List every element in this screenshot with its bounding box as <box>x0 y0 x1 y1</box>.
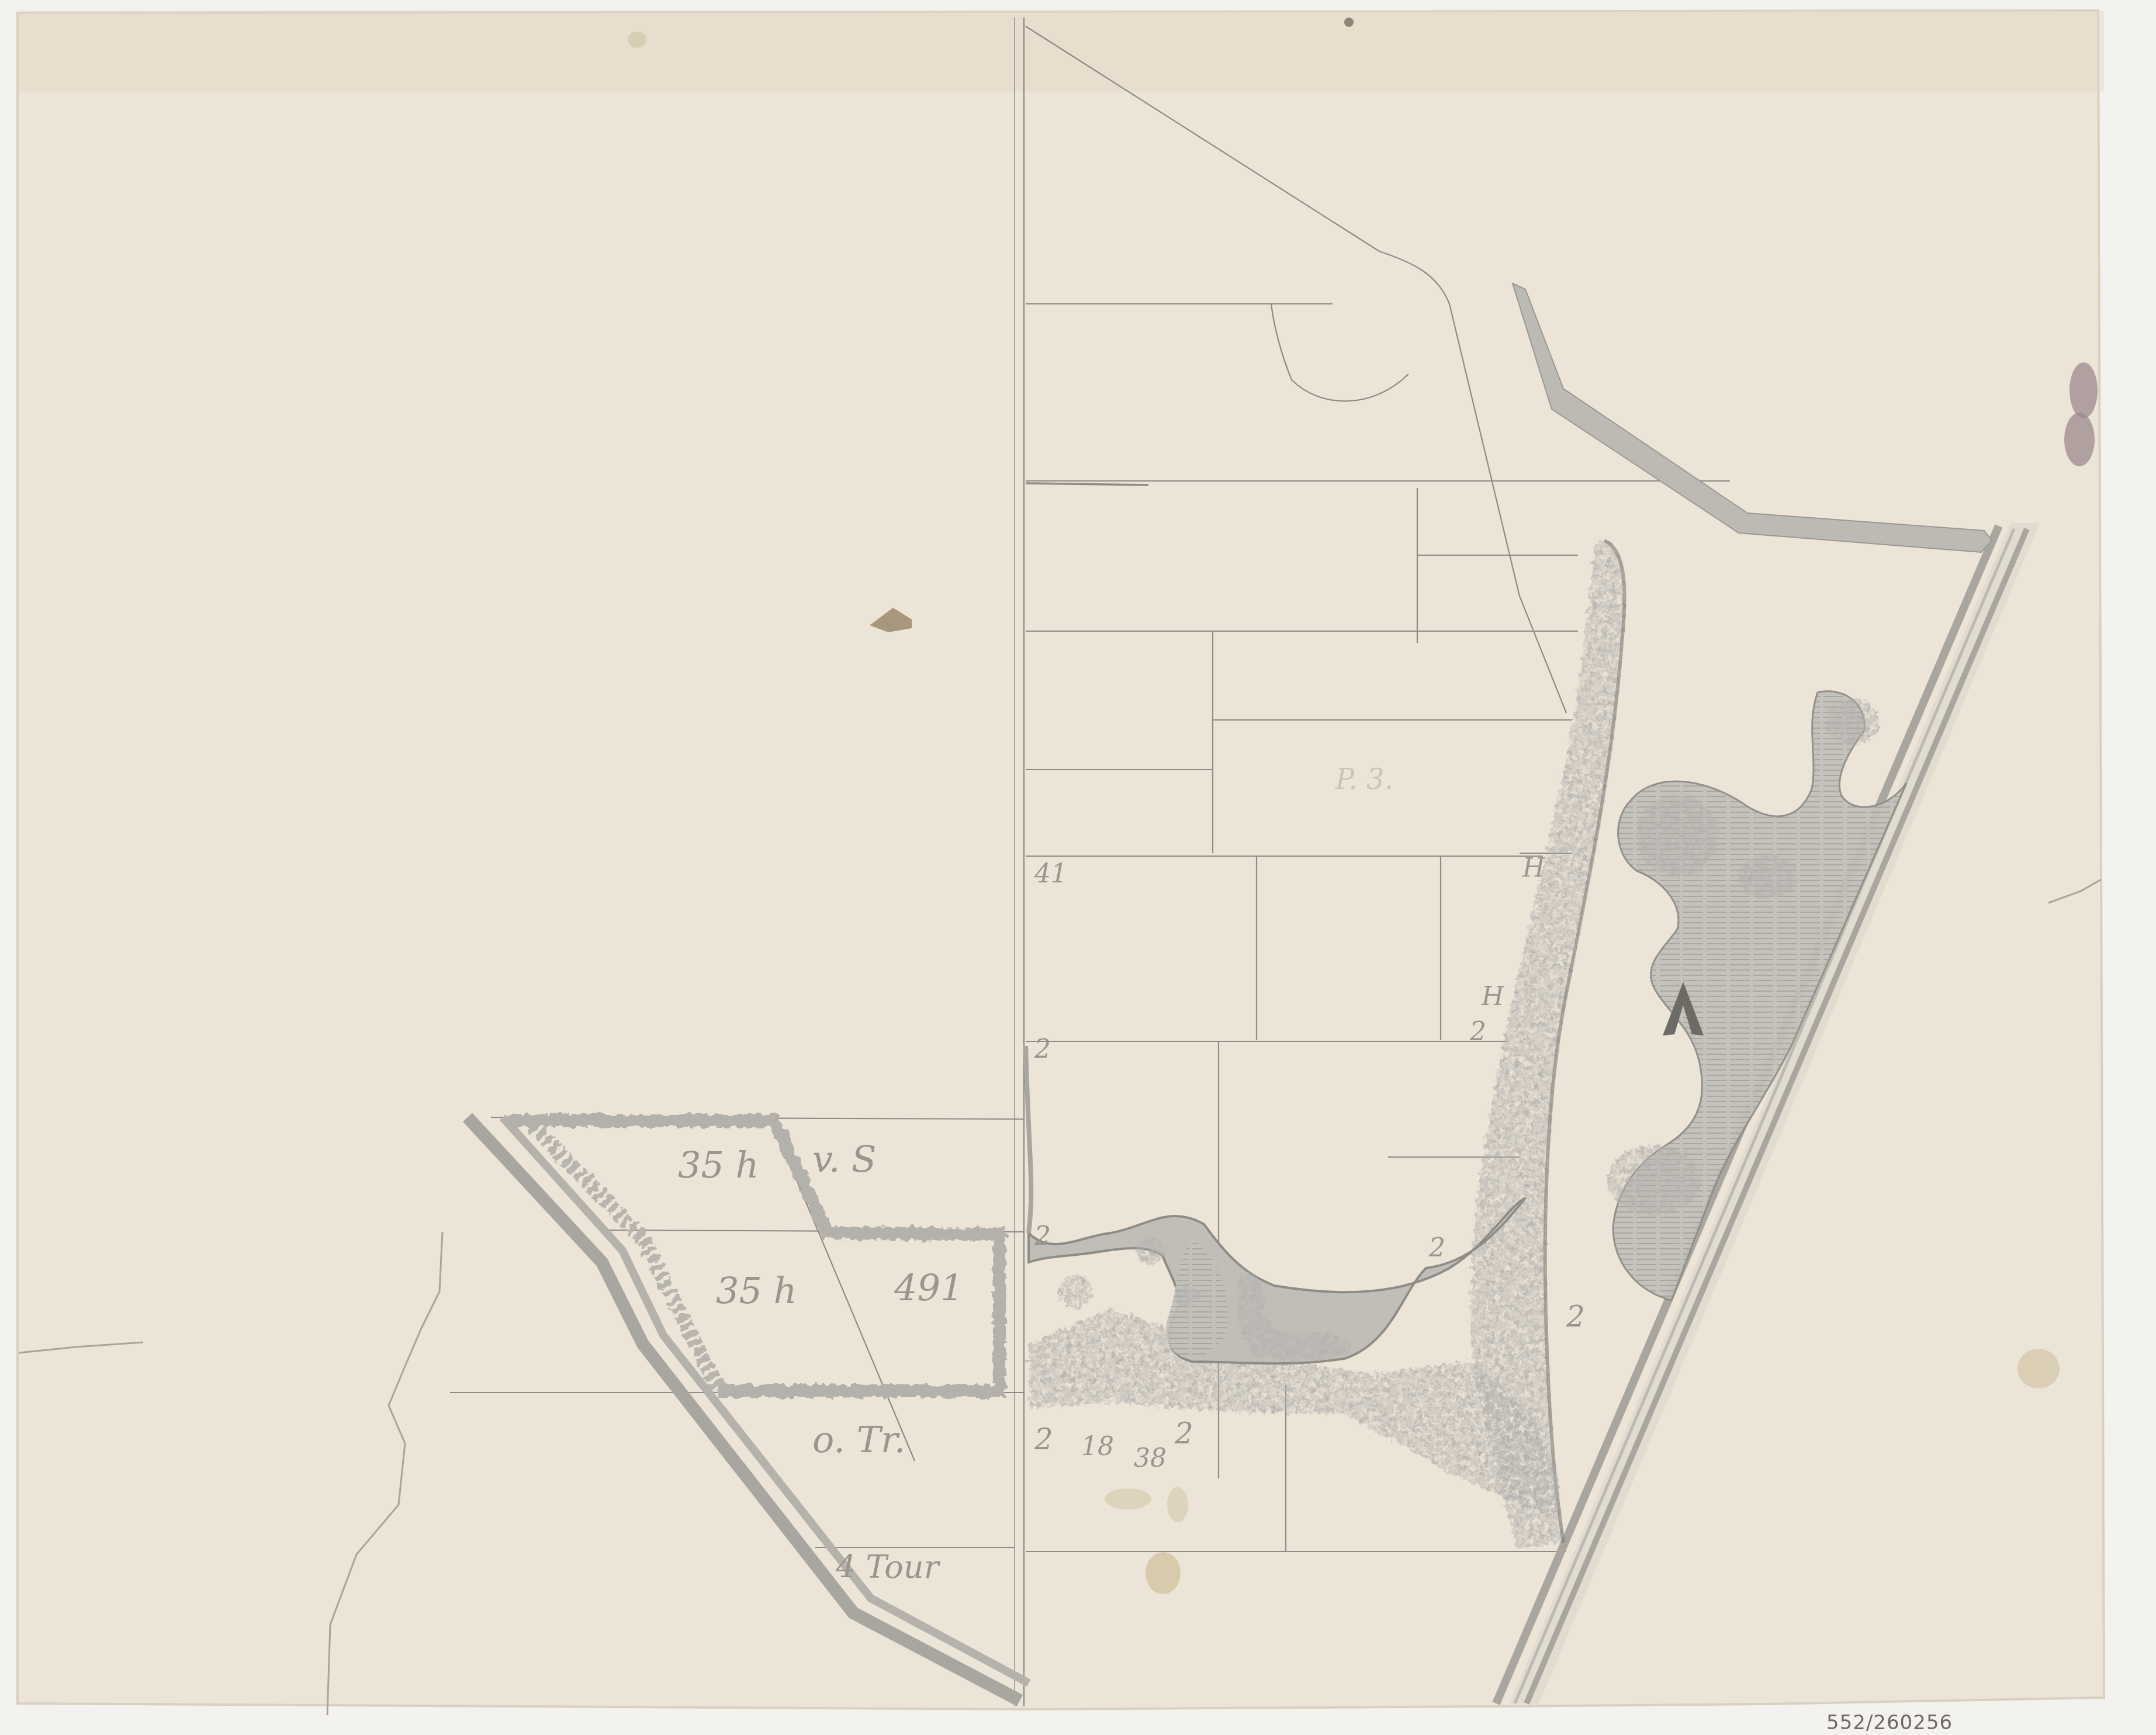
parcel-label: 4 Tour <box>835 1549 941 1585</box>
ink-drop-2 <box>2064 413 2095 466</box>
stain-bottom <box>1146 1552 1181 1594</box>
parcel-label: v. S <box>812 1138 877 1180</box>
lake-tree-bottom <box>1607 1145 1701 1215</box>
lake-tree-mid-1 <box>1636 795 1718 877</box>
parcel-label: 2 <box>1034 1034 1051 1064</box>
parcel-label: 2 <box>1034 1422 1053 1456</box>
catalog-number: 552/260256 <box>1826 1711 1953 1734</box>
parcel-label: 18 <box>1081 1432 1114 1462</box>
lake-tree-top <box>1826 698 1879 745</box>
parcel-label: 41 <box>1034 859 1067 889</box>
stain-bottom-2 <box>1105 1488 1151 1509</box>
parcel-label: 2 <box>1428 1233 1445 1263</box>
parcel-label: o. Tr. <box>812 1418 906 1461</box>
ink-drop-1 <box>2070 362 2098 418</box>
parcel-label: P. 3. <box>1335 763 1393 796</box>
parcel-label: 2 <box>1566 1300 1585 1334</box>
pin-hole <box>1344 18 1354 27</box>
lake-tree-mid-2 <box>1739 854 1797 899</box>
paper-toning <box>18 11 2104 92</box>
estate-plan-drawing: 35 h v. S 35 h 491 o. Tr. 4 Tour 41 2 2 … <box>0 0 2156 1735</box>
parcel-label: 35 h <box>678 1144 759 1186</box>
tree-clump-3 <box>1176 1284 1199 1308</box>
parcel-label: 2 <box>1034 1221 1051 1251</box>
parcel-label: 491 <box>894 1266 963 1309</box>
parcel-label: H <box>1522 853 1546 883</box>
parcel-label: 35 h <box>716 1269 797 1312</box>
stain-left-mid <box>628 32 646 48</box>
parcel-label: 2 <box>1469 1017 1486 1047</box>
parcel-label: 2 <box>1174 1417 1193 1450</box>
tree-clump-1 <box>1136 1237 1164 1265</box>
tree-clump-2 <box>1059 1275 1092 1308</box>
stain-right <box>2017 1349 2060 1388</box>
stain-bottom-3 <box>1167 1487 1188 1522</box>
parcel-label: H <box>1481 982 1505 1012</box>
parcel-label: 38 <box>1134 1443 1167 1473</box>
